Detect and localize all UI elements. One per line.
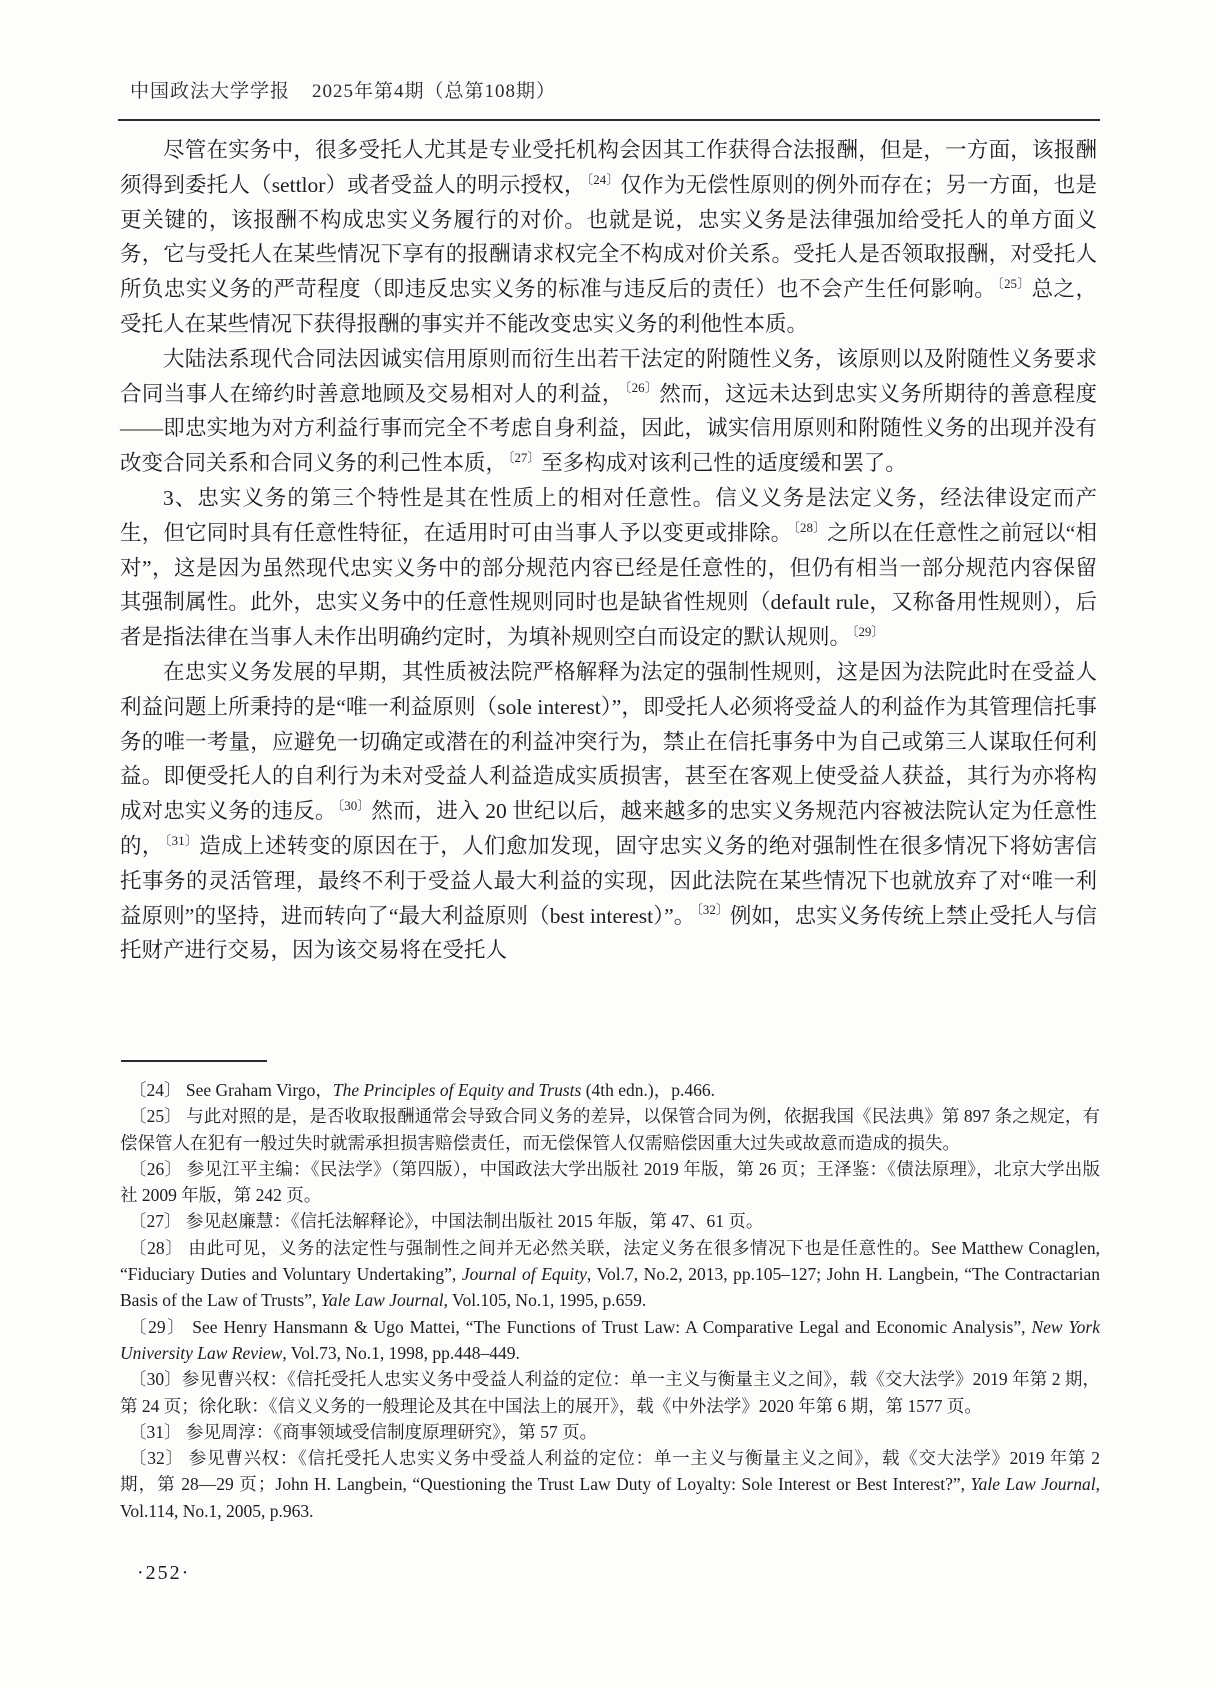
text-segment: , Vol.105, No.1, 1995, p.659. xyxy=(444,1290,647,1310)
journal-title: 中国政法大学学报 xyxy=(130,81,290,102)
text-segment: The Principles of Equity and Trusts xyxy=(333,1080,581,1100)
footnote-ref: 〔24〕 xyxy=(586,173,621,187)
footnote-ref: 〔28〕 xyxy=(792,521,827,535)
footnote-32: 〔32〕 参见曹兴权：《信托受托人忠实义务中受益人利益的定位：单一主义与衡量主义… xyxy=(120,1445,1100,1524)
text-segment: 〔25〕 与此对照的是，是否收取报酬通常会导致合同义务的差异，以保管合同为例，依… xyxy=(120,1106,1100,1152)
journal-header: 中国政法大学学报2025年第4期（总第108期） xyxy=(130,76,556,103)
footnote-ref: 〔25〕 xyxy=(996,277,1031,291)
text-segment: Journal of Equity xyxy=(462,1264,587,1284)
footnote-ref: 〔27〕 xyxy=(507,451,541,465)
footnote-24: 〔24〕 See Graham Virgo，The Principles of … xyxy=(120,1077,1100,1103)
paragraph-3: 3、忠实义务的第三个特性是其在性质上的相对任意性。信义义务是法定义务，经法律设定… xyxy=(120,481,1097,655)
text-segment: 〔29〕 See Henry Hansmann & Ugo Mattei, “T… xyxy=(129,1317,1031,1337)
text-segment: 至多构成对该利己性的适度缓和罢了。 xyxy=(541,451,907,475)
footnote-ref: 〔29〕 xyxy=(851,625,885,639)
text-segment: (4th edn.)，p.466. xyxy=(581,1080,715,1100)
footnote-28: 〔28〕 由此可见，义务的法定性与强制性之间并无必然关联，法定义务在很多情况下也… xyxy=(120,1235,1100,1314)
text-segment: Yale Law Journal xyxy=(321,1290,444,1310)
page-number: ·252· xyxy=(137,1562,190,1585)
footnote-separator xyxy=(121,1060,267,1062)
header-rule xyxy=(118,119,1100,121)
text-segment: 〔30〕参见曹兴权：《信托受托人忠实义务中受益人利益的定位：单一主义与衡量主义之… xyxy=(120,1369,1100,1415)
article-body: 尽管在实务中，很多受托人尤其是专业受托机构会因其工作获得合法报酬，但是，一方面，… xyxy=(120,133,1097,968)
footnote-31: 〔31〕 参见周淳：《商事领域受信制度原理研究》，第 57 页。 xyxy=(120,1419,1100,1445)
footnote-25: 〔25〕 与此对照的是，是否收取报酬通常会导致合同义务的差异，以保管合同为例，依… xyxy=(120,1103,1100,1156)
footnote-30: 〔30〕参见曹兴权：《信托受托人忠实义务中受益人利益的定位：单一主义与衡量主义之… xyxy=(120,1366,1100,1419)
text-segment: Yale Law Journal xyxy=(971,1474,1096,1494)
footnote-26: 〔26〕 参见江平主编：《民法学》（第四版），中国政法大学出版社 2019 年版… xyxy=(120,1156,1100,1209)
text-segment: 〔24〕 See Graham Virgo， xyxy=(129,1080,333,1100)
text-segment: 〔27〕 参见赵廉慧：《信托法解释论》，中国法制出版社 2015 年版，第 47… xyxy=(129,1211,763,1231)
text-segment: 〔31〕 参见周淳：《商事领域受信制度原理研究》，第 57 页。 xyxy=(129,1422,597,1442)
text-segment: 〔32〕 参见曹兴权：《信托受托人忠实义务中受益人利益的定位：单一主义与衡量主义… xyxy=(120,1448,1100,1494)
footnote-29: 〔29〕 See Henry Hansmann & Ugo Mattei, “T… xyxy=(120,1314,1100,1367)
paragraph-4: 在忠实义务发展的早期，其性质被法院严格解释为法定的强制性规则，这是因为法院此时在… xyxy=(120,655,1097,968)
footnote-ref: 〔32〕 xyxy=(695,903,730,917)
footnote-ref: 〔26〕 xyxy=(624,381,659,395)
footnote-27: 〔27〕 参见赵廉慧：《信托法解释论》，中国法制出版社 2015 年版，第 47… xyxy=(120,1208,1100,1234)
text-segment: , Vol.73, No.1, 1998, pp.448–449. xyxy=(282,1343,520,1363)
footnote-ref: 〔31〕 xyxy=(164,834,199,848)
footnotes-section: 〔24〕 See Graham Virgo，The Principles of … xyxy=(120,1077,1100,1524)
journal-page: 中国政法大学学报2025年第4期（总第108期） 尽管在实务中，很多受托人尤其是… xyxy=(0,0,1217,1689)
paragraph-2: 大陆法系现代合同法因诚实信用原则而衍生出若干法定的附随性义务，该原则以及附随性义… xyxy=(120,342,1097,481)
footnote-ref: 〔30〕 xyxy=(337,799,372,813)
text-segment: 〔26〕 参见江平主编：《民法学》（第四版），中国政法大学出版社 2019 年版… xyxy=(120,1159,1100,1205)
paragraph-1: 尽管在实务中，很多受托人尤其是专业受托机构会因其工作获得合法报酬，但是，一方面，… xyxy=(120,133,1097,342)
journal-issue: 2025年第4期（总第108期） xyxy=(312,81,556,102)
